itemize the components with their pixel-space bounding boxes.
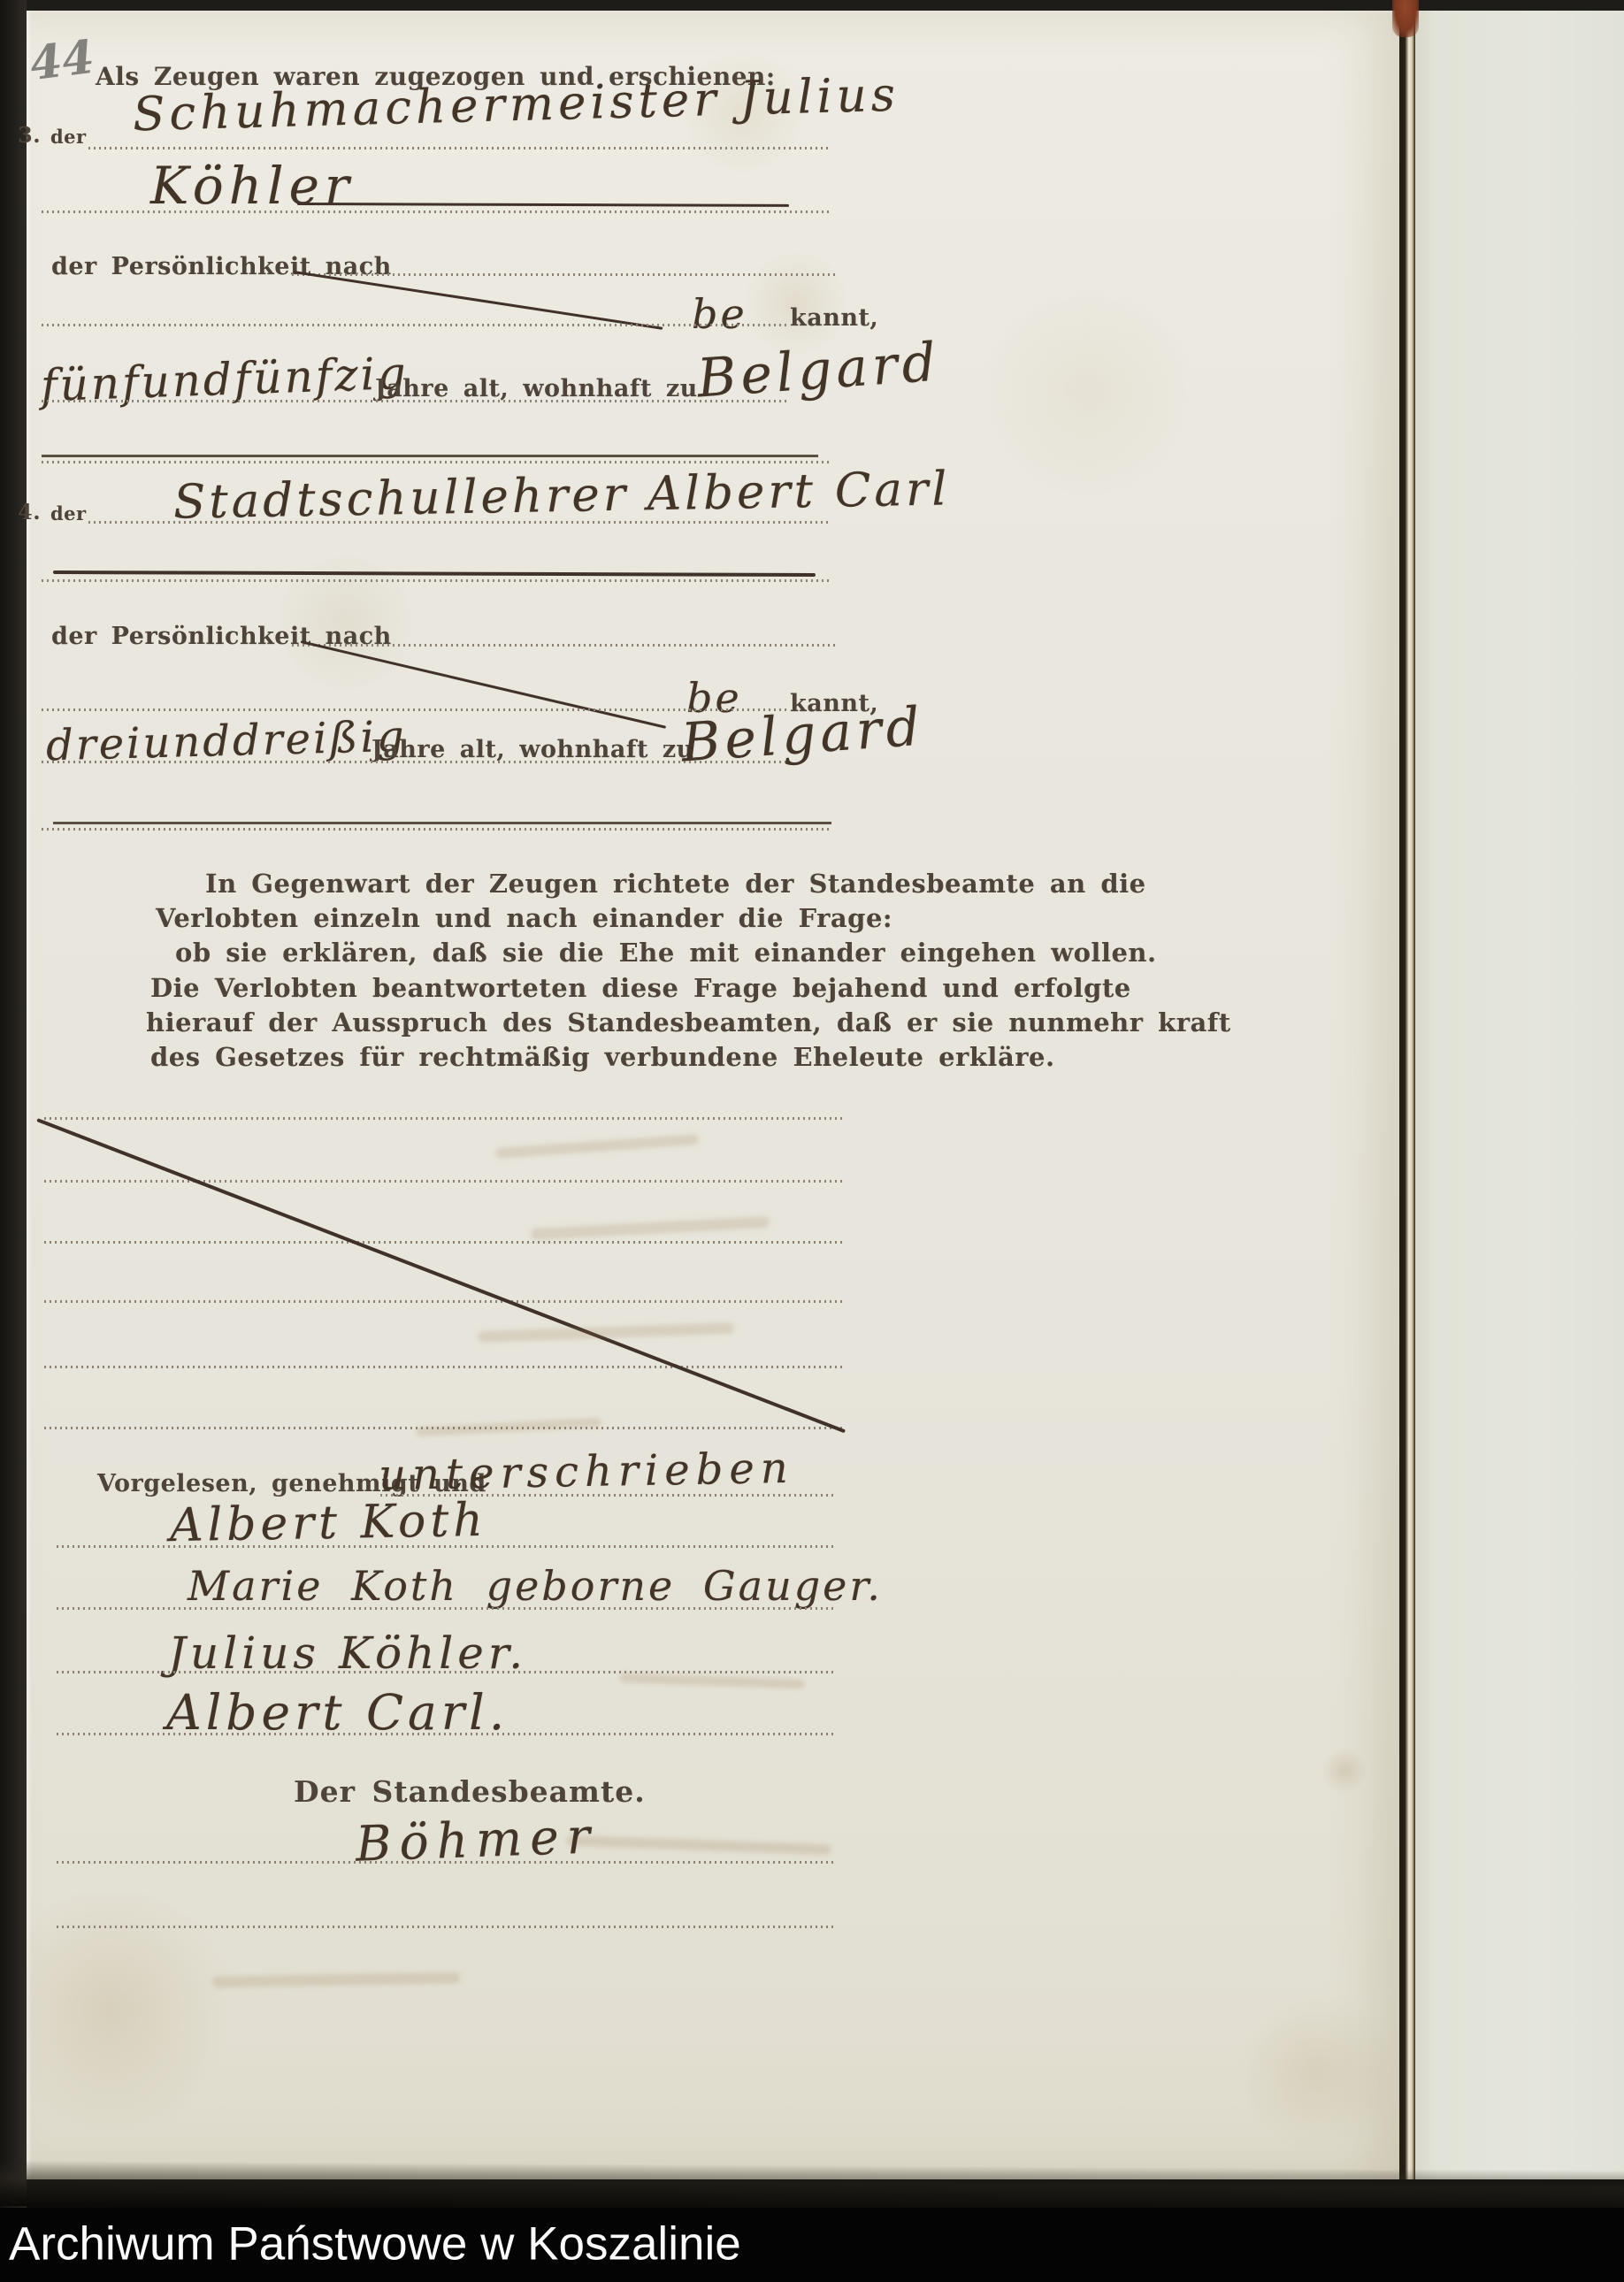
registrar-label: Der Standesbeamte.	[294, 1774, 646, 1809]
binding-thread-mark	[1392, 0, 1419, 37]
closing-hand: unterschrieben	[379, 1443, 795, 1500]
signature-line	[57, 1733, 836, 1735]
witness3-identity-label: der Persönlichkeit nach	[51, 253, 392, 280]
fill-line	[57, 1926, 836, 1928]
witness3-kannt-printed: kannt,	[790, 304, 878, 332]
declaration-line: In Gegenwart der Zeugen richtete der Sta…	[205, 869, 1146, 899]
fill-line	[292, 273, 839, 276]
witness4-index: 4.	[18, 499, 41, 525]
archive-watermark-bar: Archiwum Państwowe w Koszalinie	[0, 2208, 1624, 2282]
fill-line	[42, 828, 831, 831]
fill-line	[88, 147, 830, 149]
fill-line	[42, 400, 786, 402]
signature-bride: Marie Koth geborne Gauger.	[188, 1562, 883, 1610]
section-rule	[42, 455, 818, 457]
section-rule	[53, 822, 831, 824]
blank-line	[44, 1366, 843, 1368]
right-page-paper	[1415, 11, 1624, 2179]
witness4-article: der	[50, 502, 87, 525]
archive-watermark-text: Archiwum Państwowe w Koszalinie	[9, 2217, 741, 2271]
fill-line	[42, 461, 831, 463]
fill-line	[42, 761, 786, 763]
blank-line	[44, 1180, 843, 1183]
blank-line	[44, 1241, 843, 1244]
fill-line	[42, 211, 830, 213]
witness3-article: der	[50, 126, 87, 148]
declaration-line: Verlobten einzeln und nach einander die …	[156, 903, 892, 933]
witness3-surname-hand: Köhler	[150, 156, 355, 216]
witness4-age-suffix: Jahre alt, wohnhaft zu	[372, 736, 694, 763]
scan-top-border	[0, 0, 1624, 11]
fill-line	[42, 324, 786, 326]
witness3-index: 3.	[18, 122, 41, 148]
witness3-be-hand: be	[692, 290, 747, 338]
signature-groom: Albert Koth	[170, 1494, 488, 1552]
fill-line	[57, 1861, 836, 1864]
signature-line	[57, 1545, 836, 1548]
signature-line	[57, 1607, 836, 1610]
signature-line	[57, 1671, 836, 1673]
book-fold-crease	[1399, 11, 1415, 2179]
declaration-line: Die Verlobten beantworteten diese Frage …	[150, 973, 1131, 1003]
fill-line	[42, 579, 830, 582]
fill-line	[292, 644, 839, 647]
declaration-line: des Gesetzes für rechtmäßig verbundene E…	[150, 1042, 1055, 1072]
declaration-line: hierauf der Ausspruch des Standesbeamten…	[146, 1007, 1231, 1038]
witness3-age-suffix: Jahre alt, wohnhaft zu	[375, 375, 698, 402]
declaration-line: ob sie erklären, daß sie die Ehe mit ein…	[175, 938, 1157, 968]
blank-line	[44, 1300, 843, 1303]
pencil-page-number: 44	[27, 30, 97, 91]
scanned-registry-page: 44 Als Zeugen waren zugezogen und erschi…	[0, 0, 1624, 2282]
fill-line	[42, 708, 786, 711]
scan-left-border	[0, 0, 27, 2211]
blank-line	[44, 1117, 843, 1120]
